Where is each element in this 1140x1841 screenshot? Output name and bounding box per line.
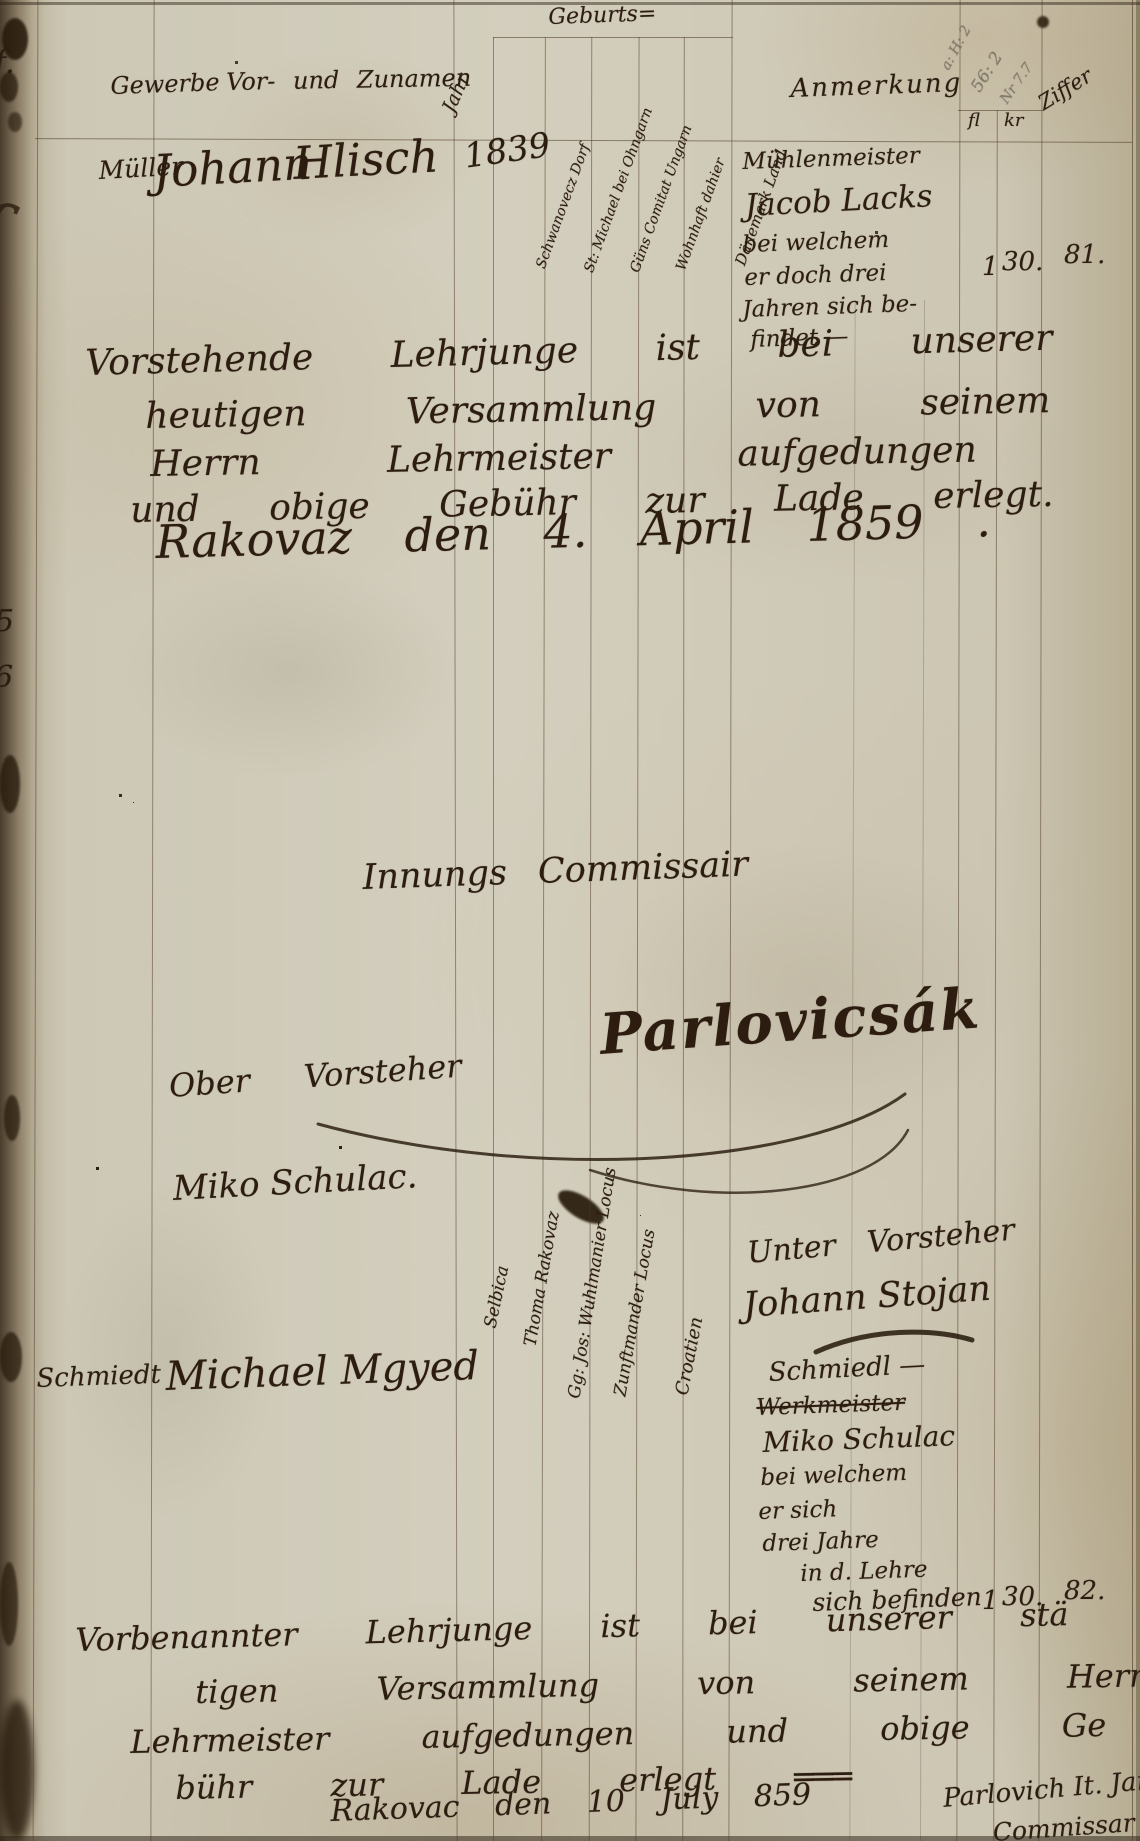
commissair-signature: Parlovicsák bbox=[598, 979, 983, 1064]
ink-bleed bbox=[60, 1180, 280, 1520]
row1-gebuehr-kr: 30. bbox=[1002, 249, 1043, 276]
row1-anmerkung-line: Mühlenmeister bbox=[742, 144, 920, 174]
rule-vertical bbox=[682, 37, 685, 1841]
ink-blotch bbox=[4, 1095, 20, 1141]
row2-name: Michael Mgyed bbox=[165, 1345, 480, 1398]
rule-vertical bbox=[150, 0, 154, 1841]
row2-ziffer: 82. bbox=[1064, 1578, 1105, 1605]
registry-pencil-mark: 56: 2 bbox=[969, 49, 1007, 95]
row2-geburt-detail: Selbica bbox=[483, 1264, 514, 1329]
row1-ziffer: 81. bbox=[1064, 242, 1105, 269]
rule-vertical bbox=[589, 37, 593, 1841]
ledger-page: Gewerbe Vor- und Zunamen Geburts= Jahr A… bbox=[0, 0, 1140, 1841]
vermerk1-line: Herrn Lehrmeister aufgedungen bbox=[150, 432, 977, 484]
rule-vertical bbox=[993, 110, 998, 1841]
vermerk1-line: Vorstehende Lehrjunge ist bei unserer bbox=[85, 320, 1053, 383]
ink-blotch bbox=[0, 1332, 22, 1382]
ink-dot bbox=[1037, 16, 1049, 28]
rule-vertical bbox=[453, 0, 457, 1841]
column-header-kr: kr bbox=[1004, 112, 1024, 131]
unter-vorsteher-title: Unter Vorsteher bbox=[746, 1215, 1016, 1270]
row2-anmerkung-line: bei welchem bbox=[760, 1461, 908, 1490]
page-bottom-edge bbox=[0, 1836, 1140, 1841]
margin-number: 6 bbox=[0, 662, 13, 694]
vermerk2-line: Lehrmeister aufgedungen und obige Ge bbox=[130, 1709, 1107, 1760]
registry-pencil-mark: Nr 7.7 bbox=[998, 61, 1036, 107]
row2-anmerkung-line: Miko Schulac bbox=[762, 1421, 956, 1457]
unter-vorsteher-name: Johann Stojan bbox=[742, 1271, 992, 1325]
rule-vertical bbox=[541, 37, 546, 1841]
margin-number: 5 bbox=[0, 606, 14, 638]
vermerk2-signature-title: Commissar bbox=[992, 1810, 1136, 1841]
row2-geburt-detail: Croatien bbox=[673, 1316, 707, 1397]
ink-bleed bbox=[120, 560, 460, 780]
row1-vorname: Johann bbox=[152, 140, 313, 196]
row1-anmerkung-line: bei welchem bbox=[742, 228, 890, 257]
row2-anmerkung-line-struck: Werkmeister bbox=[756, 1391, 906, 1420]
row2-anmerkung-line: in d. Lehre bbox=[800, 1558, 928, 1587]
row2-geburt-detail: Thoma Rakovaz bbox=[522, 1210, 563, 1348]
row1-zuname: Hlisch bbox=[292, 132, 440, 187]
row1-geburtsjahr: 1839 bbox=[462, 128, 553, 175]
rule-vertical bbox=[728, 0, 732, 1841]
row1-gebuehr-fl: 1 bbox=[982, 254, 999, 281]
row1-anmerkung-line: Jacob Lacks bbox=[744, 180, 933, 222]
column-header-name: Vor- und Zunamen bbox=[226, 66, 471, 95]
row1-anmerkung-line: Jahren sich be- bbox=[742, 292, 917, 322]
column-header-gewerbe: Gewerbe bbox=[110, 70, 220, 99]
rule-vertical bbox=[956, 0, 960, 1841]
column-header-fl: fl bbox=[968, 112, 980, 131]
registry-pencil-mark: a: H: 2 bbox=[939, 24, 974, 73]
ink-blotch bbox=[8, 112, 22, 132]
ink-specks bbox=[0, 0, 1, 1]
page-right-edge bbox=[1136, 0, 1140, 1841]
rule-vertical bbox=[635, 37, 639, 1841]
column-header-geburts: Geburts= bbox=[548, 2, 657, 29]
row2-anmerkung-line: er sich bbox=[758, 1497, 838, 1524]
column-header-ziffer: Ziffer bbox=[1034, 64, 1095, 114]
vermerk2-signature: Parlovich It. Jancy bbox=[942, 1765, 1140, 1813]
commissair-title: Innungs Commissair bbox=[362, 847, 749, 897]
margin-mark: f. bbox=[0, 46, 15, 80]
rule-horizontal bbox=[493, 37, 733, 38]
row1-anmerkung-line: er doch drei bbox=[744, 261, 887, 290]
row2-gewerbe: Schmiedt bbox=[36, 1362, 161, 1394]
ink-blotch bbox=[0, 755, 20, 813]
rule-vertical bbox=[1132, 0, 1133, 1841]
rule-vertical bbox=[493, 37, 494, 1841]
vermerk2-line: tigen Versammlung von seinem Herrn bbox=[195, 1659, 1140, 1710]
ink-blotch bbox=[0, 1700, 34, 1840]
row2-anmerkung-line: drei Jahre bbox=[762, 1528, 879, 1556]
column-header-anmerkung: Anmerkung bbox=[790, 70, 963, 103]
ink-blotch bbox=[0, 1562, 18, 1646]
row1-geburt-detail: Wohnhaft dahier bbox=[674, 156, 728, 272]
vermerk1-line: heutigen Versammlung von seinem bbox=[145, 382, 1051, 436]
row2-anmerkung-line: Schmiedl — bbox=[768, 1352, 926, 1387]
